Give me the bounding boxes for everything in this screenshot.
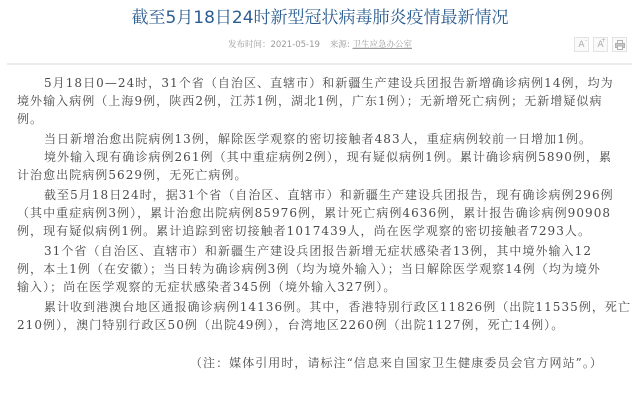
publish-label: 发布时间： [228, 40, 271, 50]
font-increase-button[interactable]: A+ [593, 37, 608, 52]
source-link[interactable]: 卫生应急办公室 [352, 40, 412, 50]
article-meta: 发布时间：2021-05-19来源: 卫生应急办公室 [0, 38, 640, 52]
paragraph-hk-macao-taiwan: 累计收到港澳台地区通报确诊病例14136例。其中，香港特别行政区11826例（出… [17, 298, 623, 334]
text-line: 计治愈出院病例5629例，无死亡病例。 [17, 166, 623, 184]
text-line: 当日新增治愈出院病例13例，解除医学观察的密切接触者483人，重症病例较前一日增… [17, 130, 623, 148]
publish-date: 2021-05-19 [271, 40, 320, 50]
text-line: 例，现有疑似病例1例。累计追踪到密切接触者1017439人，尚在医学观察的密切接… [17, 222, 623, 240]
header-divider [7, 63, 632, 65]
paragraph-recoveries: 当日新增治愈出院病例13例，解除医学观察的密切接触者483人，重症病例较前一日增… [17, 130, 623, 148]
text-line: 截至5月18日24时，据31个省（自治区、直辖市）和新疆生产建设兵团报告，现有确… [17, 186, 623, 204]
text-line: 境外输入现有确诊病例261例（其中重症病例2例），现有疑似病例1例。累计确诊病例… [17, 148, 623, 166]
paragraph-asymptomatic: 31个省（自治区、直辖市）和新疆生产建设兵团报告新增无症状感染者13例，其中境外… [17, 242, 623, 296]
article-body: 5月18日0—24时，31个省（自治区、直辖市）和新疆生产建设兵团报告新增确诊病… [17, 74, 623, 334]
plus-mark: + [601, 38, 606, 44]
paragraph-daily-new-cases: 5月18日0—24时，31个省（自治区、直辖市）和新疆生产建设兵团报告新增确诊病… [17, 74, 623, 128]
text-line: 累计收到港澳台地区通报确诊病例14136例。其中，香港特别行政区11826例（出… [17, 298, 623, 316]
text-line: 5月18日0—24时，31个省（自治区、直辖市）和新疆生产建设兵团报告新增确诊病… [17, 74, 623, 92]
article-tools: A- A+ [574, 37, 627, 52]
text-line: 例。 [17, 110, 623, 128]
font-decrease-button[interactable]: A- [574, 37, 589, 52]
font-decrease-icon: A [578, 40, 584, 50]
minus-mark: - [585, 38, 587, 44]
citation-note: （注：媒体引用时，请标注“信息来自国家卫生健康委员会官方网站”。） [190, 354, 603, 372]
article-title: 截至5月18日24时新型冠状病毒肺炎疫情最新情况 [0, 6, 640, 30]
text-line: 境外输入病例（上海9例，陕西2例，江苏1例，湖北1例，广东1例）；无新增死亡病例… [17, 92, 623, 110]
paragraph-imported-cases: 境外输入现有确诊病例261例（其中重症病例2例），现有疑似病例1例。累计确诊病例… [17, 148, 623, 184]
print-button[interactable] [612, 37, 627, 52]
printer-icon [615, 40, 625, 50]
text-line: （其中重症病例3例），累计治愈出院病例85976例，累计死亡病例4636例，累计… [17, 204, 623, 222]
text-line: 210例），澳门特别行政区50例（出院49例），台湾地区2260例（出院1127… [17, 316, 623, 334]
source-label: 来源: [330, 40, 350, 50]
paragraph-cumulative-totals: 截至5月18日24时，据31个省（自治区、直辖市）和新疆生产建设兵团报告，现有确… [17, 186, 623, 240]
text-line: 31个省（自治区、直辖市）和新疆生产建设兵团报告新增无症状感染者13例，其中境外… [17, 242, 623, 260]
text-line: 输入）；尚在医学观察的无症状感染者345例（境外输入327例）。 [17, 278, 623, 296]
text-line: 例，本土1例（在安徽）；当日转为确诊病例3例（均为境外输入）；当日解除医学观察1… [17, 260, 623, 278]
